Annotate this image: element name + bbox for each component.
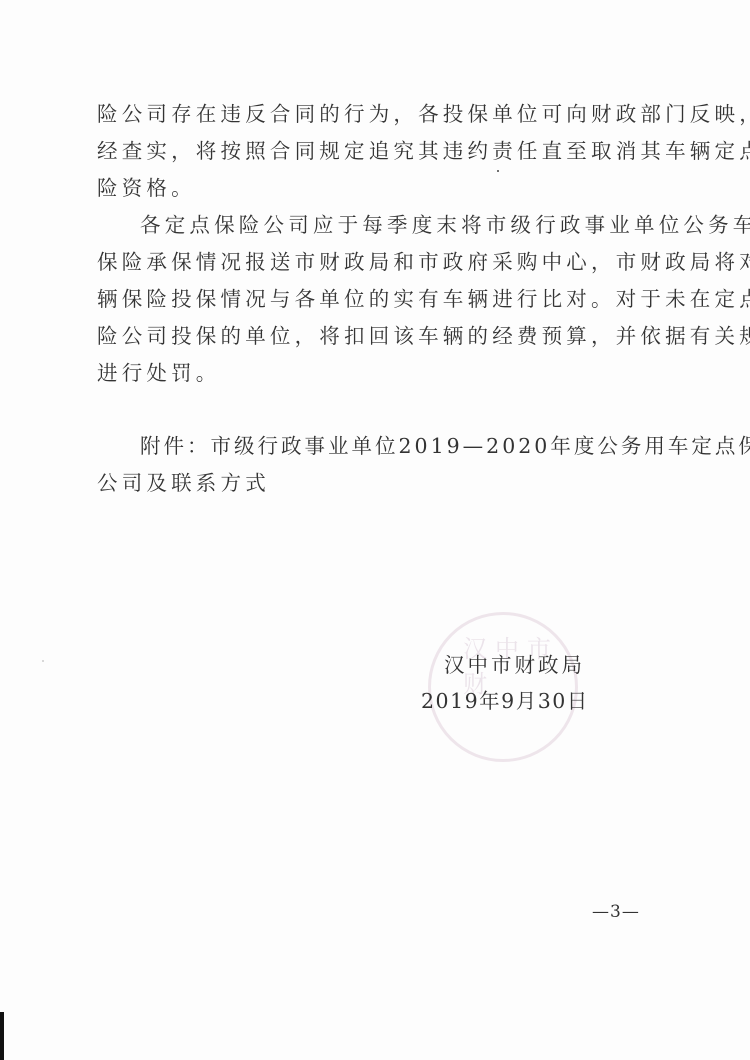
- document-page: 险公司存在违反合同的行为，各投保单位可向财政部门反映，一 经查实，将按照合同规定…: [0, 0, 750, 1060]
- attachment-line: 附件：市级行政事业单位2019—2020年度公务用车定点保险: [140, 432, 750, 460]
- paragraph-line: 经查实，将按照合同规定追究其违约责任直至取消其车辆定点保: [97, 137, 750, 165]
- paragraph-line: 保险承保情况报送市财政局和市政府采购中心，市财政局将对车: [97, 248, 750, 276]
- paragraph-line: 险公司投保的单位，将扣回该车辆的经费预算，并依据有关规定: [97, 322, 750, 350]
- scan-edge: [0, 1012, 4, 1060]
- paragraph-line: 险公司存在违反合同的行为，各投保单位可向财政部门反映，一: [97, 100, 750, 128]
- page-number: —3—: [592, 902, 640, 922]
- paragraph-line: 进行处罚。: [97, 359, 221, 387]
- issue-date: 2019年9月30日: [421, 684, 589, 714]
- paragraph-line: 各定点保险公司应于每季度末将市级行政事业单位公务车辆: [140, 211, 750, 239]
- paragraph-line: 险资格。: [97, 174, 196, 202]
- scan-speck: [42, 660, 44, 662]
- scan-speck: [497, 170, 499, 172]
- issuer-name: 汉中市财政局: [444, 648, 585, 678]
- paragraph-line: 辆保险投保情况与各单位的实有车辆进行比对。对于未在定点保: [97, 285, 750, 313]
- attachment-line: 公司及联系方式: [97, 469, 270, 497]
